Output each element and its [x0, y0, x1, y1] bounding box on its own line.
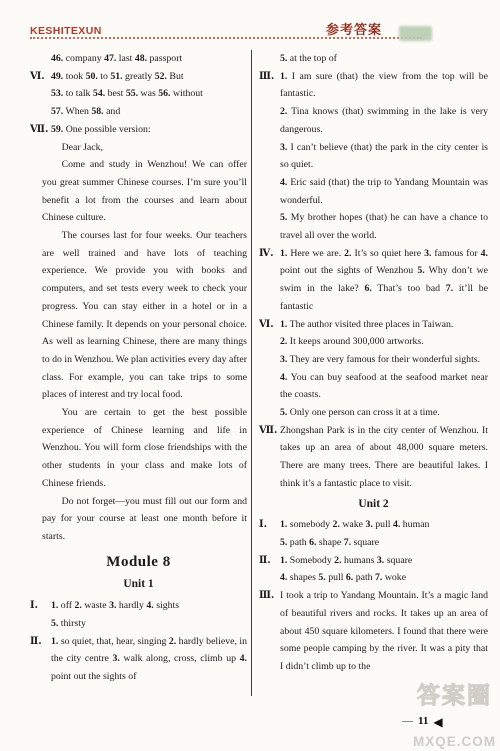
roman-numeral: Ⅶ.: [259, 422, 280, 440]
answer-line: 53. to talk 54. best 55. was 56. without: [30, 85, 247, 103]
roman-numeral: Ⅱ.: [30, 633, 51, 651]
dash-decoration: [402, 721, 413, 722]
brand-logo: KESHITEXUN: [30, 23, 102, 41]
answer-line: Ⅰ. 1. somebody 2. wake 3. pull 4. human: [259, 516, 488, 534]
answer-line: 5. thirsty: [30, 615, 247, 633]
answer-line: 5. path 6. shape 7. square: [259, 534, 488, 552]
roman-numeral: Ⅵ.: [30, 68, 51, 86]
roman-numeral: Ⅱ.: [259, 552, 280, 570]
answer-text: 49. took 50. to 51. greatly 52. But: [51, 68, 247, 86]
prev-page-icon: ◀: [433, 716, 442, 728]
answer-text: 59. One possible version:: [51, 121, 247, 139]
letter-paragraph: The courses last for four weeks. Our tea…: [42, 227, 247, 404]
left-column: 46. company 47. last 48. passport Ⅵ. 49.…: [30, 50, 247, 686]
answer-line: Ⅱ. 1. so quiet, that, hear, singing 2. h…: [30, 633, 247, 686]
letter-salutation: Dear Jack,: [42, 139, 247, 157]
answer-text: 57. When 58. and: [51, 103, 247, 121]
unit-heading: Unit 2: [259, 496, 488, 514]
answer-text: 2. Tina knows (that) swimming in the lak…: [280, 103, 488, 138]
answer-text: 4. You can buy seafood at the seafood ma…: [280, 369, 488, 404]
answer-line: Ⅲ. 1. I am sure (that) the view from the…: [259, 68, 488, 103]
roman-numeral: Ⅰ.: [259, 516, 280, 534]
roman-numeral: Ⅲ.: [259, 68, 280, 86]
answer-line: 5. at the top of: [259, 50, 488, 68]
answer-line: Ⅶ. Zhongshan Park is in the city center …: [259, 422, 488, 493]
answer-text: 1. somebody 2. wake 3. pull 4. human: [280, 516, 488, 534]
roman-numeral: Ⅳ.: [259, 245, 280, 263]
answer-text: 53. to talk 54. best 55. was 56. without: [51, 85, 247, 103]
answer-text: 1. Somebody 2. humans 3. square: [280, 552, 488, 570]
page-number: 11: [418, 713, 428, 731]
roman-numeral: Ⅶ.: [30, 121, 51, 139]
answer-line: 4. shapes 5. pull 6. path 7. woke: [259, 569, 488, 587]
letter-paragraph: You are certain to get the best possible…: [42, 404, 247, 493]
answer-text: 5. My brother hopes (that) he can have a…: [280, 209, 488, 244]
approval-stamp: [399, 26, 432, 41]
answer-line: Ⅱ. 1. Somebody 2. humans 3. square: [259, 552, 488, 570]
answer-text: 5. thirsty: [51, 615, 247, 633]
answer-line: 46. company 47. last 48. passport: [30, 50, 247, 68]
page-header: KESHITEXUN 参考答案: [30, 22, 472, 44]
answer-line: 4. You can buy seafood at the seafood ma…: [259, 369, 488, 404]
answer-line: 5. Only one person can cross it at a tim…: [259, 404, 488, 422]
answer-line: Ⅵ. 49. took 50. to 51. greatly 52. But: [30, 68, 247, 86]
answer-line: 3. They are very famous for their wonder…: [259, 351, 488, 369]
site-watermark: MXQE.COM: [413, 733, 496, 751]
answer-line: 57. When 58. and: [30, 103, 247, 121]
model-letter: Dear Jack, Come and study in Wenzhou! We…: [30, 139, 247, 546]
roman-numeral: Ⅵ.: [259, 316, 280, 334]
answer-text: 1. so quiet, that, hear, singing 2. hard…: [51, 633, 247, 686]
unit-heading: Unit 1: [30, 576, 247, 594]
answer-line: Ⅳ. 1. Here we are. 2. It’s so quiet here…: [259, 245, 488, 316]
answer-text: 1. off 2. waste 3. hardly 4. sights: [51, 597, 247, 615]
answer-text: 5. at the top of: [280, 50, 488, 68]
right-column: 5. at the top of Ⅲ. 1. I am sure (that) …: [252, 50, 488, 676]
answer-line: 4. Eric said (that) the trip to Yandang …: [259, 174, 488, 209]
answer-line: 2. It keeps around 300,000 artworks.: [259, 333, 488, 351]
page-indicator: 11 ◀: [402, 713, 443, 731]
answer-text: 4. shapes 5. pull 6. path 7. woke: [280, 569, 488, 587]
answer-line: Ⅶ. 59. One possible version:: [30, 121, 247, 139]
answer-line: 3. I can’t believe (that) the park in th…: [259, 139, 488, 174]
answer-text: 5. path 6. shape 7. square: [280, 534, 488, 552]
answer-text: 2. It keeps around 300,000 artworks.: [280, 333, 488, 351]
answer-line: Ⅵ. 1. The author visited three places in…: [259, 316, 488, 334]
letter-paragraph: Do not forget—you must fill out our form…: [42, 493, 247, 546]
roman-numeral: Ⅰ.: [30, 597, 51, 615]
answer-line: 2. Tina knows (that) swimming in the lak…: [259, 103, 488, 138]
answer-text: I took a trip to Yandang Mountain. It’s …: [280, 587, 488, 676]
answer-circle-watermark: 答案圈: [417, 687, 492, 705]
answer-text: 1. I am sure (that) the view from the to…: [280, 68, 488, 103]
scanned-answer-page: KESHITEXUN 参考答案 46. company 47. last 48.…: [0, 0, 500, 751]
answer-text: 4. Eric said (that) the trip to Yandang …: [280, 174, 488, 209]
module-heading: Module 8: [30, 554, 247, 572]
answers-title: 参考答案: [326, 21, 382, 39]
answer-line: 5. My brother hopes (that) he can have a…: [259, 209, 488, 244]
answer-text: 3. I can’t believe (that) the park in th…: [280, 139, 488, 174]
letter-paragraph: Come and study in Wenzhou! We can offer …: [42, 156, 247, 227]
answer-line: Ⅰ. 1. off 2. waste 3. hardly 4. sights: [30, 597, 247, 615]
answer-text: 1. The author visited three places in Ta…: [280, 316, 488, 334]
answer-text: 1. Here we are. 2. It’s so quiet here 3.…: [280, 245, 488, 316]
two-column-body: 46. company 47. last 48. passport Ⅵ. 49.…: [30, 50, 488, 696]
answer-text: Zhongshan Park is in the city center of …: [280, 422, 488, 493]
answer-text: 5. Only one person can cross it at a tim…: [280, 404, 488, 422]
page-footer: 答案圈 11 ◀ MXQE.COM: [386, 691, 496, 749]
roman-numeral: Ⅲ.: [259, 587, 280, 605]
answer-text: 46. company 47. last 48. passport: [51, 50, 247, 68]
answer-line: Ⅲ. I took a trip to Yandang Mountain. It…: [259, 587, 488, 676]
answer-text: 3. They are very famous for their wonder…: [280, 351, 488, 369]
